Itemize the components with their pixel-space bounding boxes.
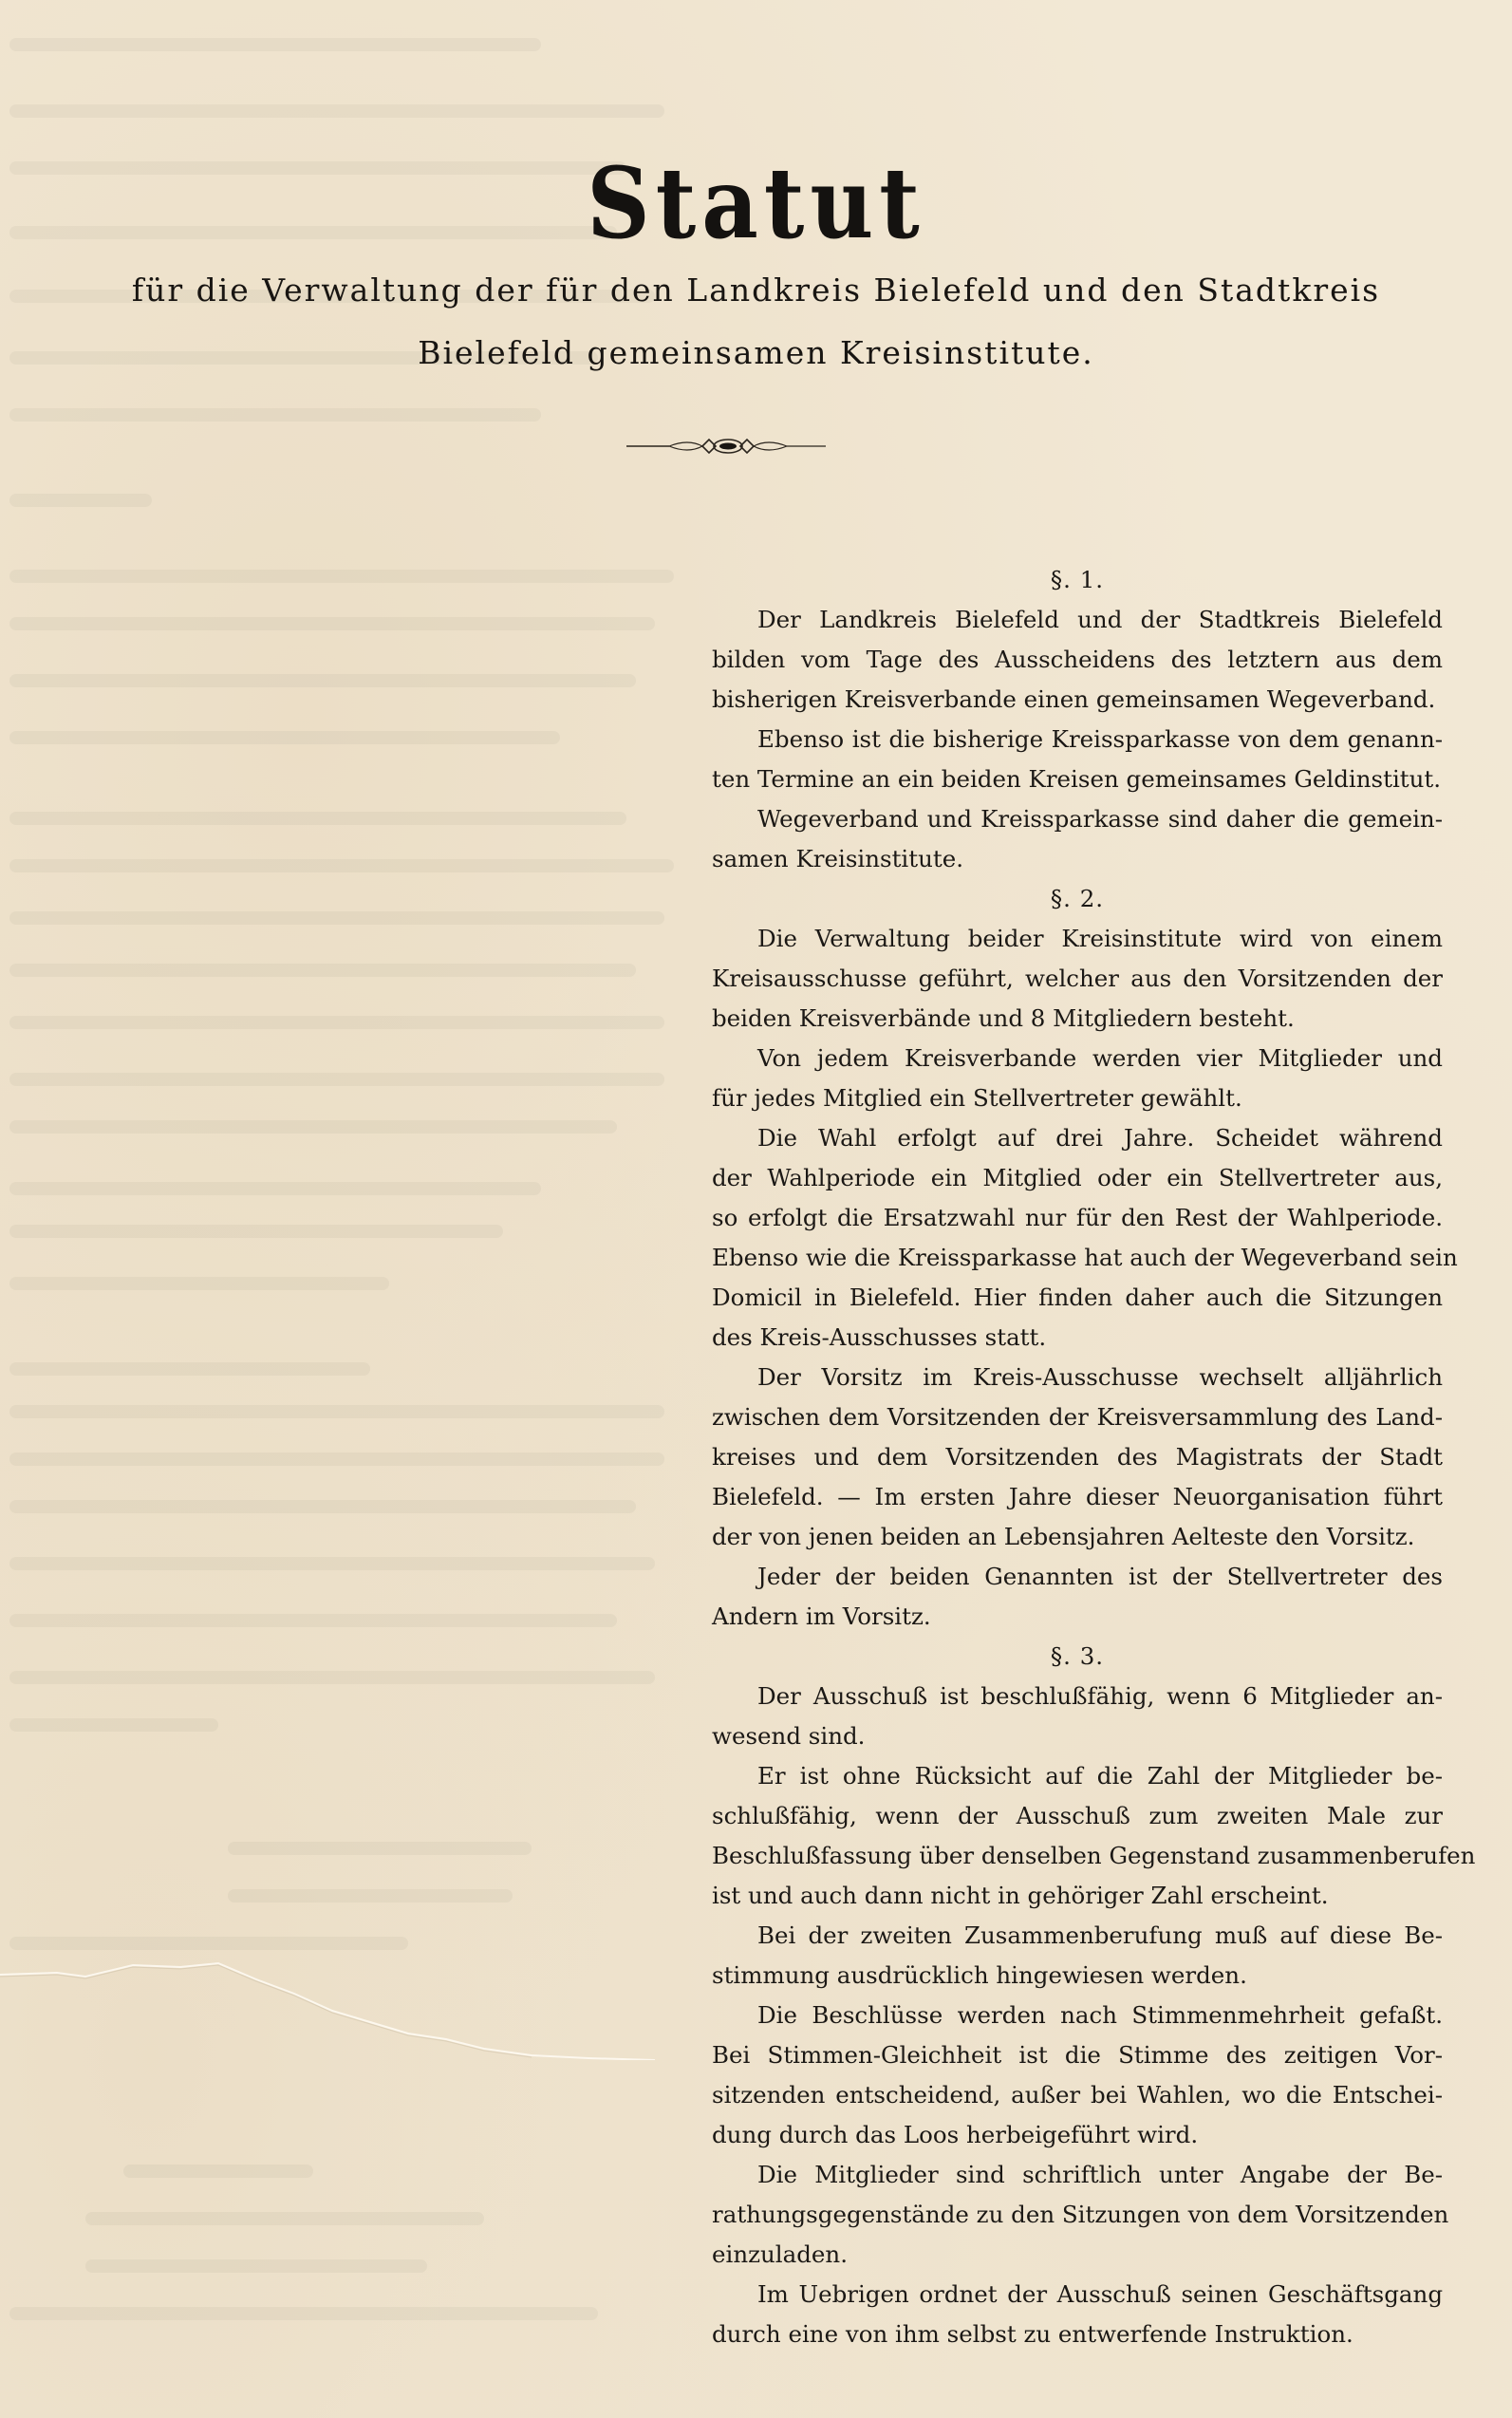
text-line: Der Ausschuß ist beschlußfähig, wenn 6 M…	[712, 1677, 1443, 1716]
text-line: Der Vorsitz im Kreis-Ausschusse wechselt…	[712, 1358, 1443, 1397]
bleed-through-line	[9, 1937, 408, 1950]
bleed-through-line	[9, 1453, 664, 1466]
bleed-through-line	[9, 1073, 664, 1086]
text-line: Die Beschlüsse werden nach Stimmenmehrhe…	[712, 1996, 1443, 2035]
bleed-through-line	[9, 812, 626, 825]
section-paragraph: Der Vorsitz im Kreis-Ausschusse wechselt…	[712, 1358, 1443, 1557]
section-paragraph: Der Landkreis Bielefeld und der Stadtkre…	[712, 600, 1443, 720]
document-title: Statut	[0, 154, 1512, 252]
bleed-through-line	[9, 911, 664, 925]
text-line: so erfolgt die Ersatzwahl nur für den Re…	[712, 1198, 1443, 1238]
bleed-through-line	[9, 1671, 655, 1684]
bleed-through-line	[9, 1362, 370, 1376]
bleed-through-line	[9, 2307, 598, 2320]
text-line: für jedes Mitglied ein Stellvertreter ge…	[712, 1078, 1443, 1118]
text-line: Bei Stimmen-Gleichheit ist die Stimme de…	[712, 2035, 1443, 2075]
text-line: einzuladen.	[712, 2235, 1443, 2275]
text-line: Ebenso wie die Kreissparkasse hat auch d…	[712, 1238, 1443, 1278]
text-line: Wegeverband und Kreissparkasse sind dahe…	[712, 799, 1443, 839]
text-line: sitzenden entscheidend, außer bei Wahlen…	[712, 2075, 1443, 2115]
document-subtitle-line-2: Bielefeld gemeinsamen Kreisinstitute.	[0, 337, 1512, 368]
text-line: durch eine von ihm selbst zu entwerfende…	[712, 2315, 1443, 2354]
bleed-through-line	[9, 674, 636, 687]
section-paragraph: Er ist ohne Rücksicht auf die Zahl der M…	[712, 1756, 1443, 1916]
bleed-through-line	[9, 1500, 636, 1513]
text-line: Der Landkreis Bielefeld und der Stadtkre…	[712, 600, 1443, 640]
bleed-through-line	[9, 1557, 655, 1570]
statute-body: §. 1.Der Landkreis Bielefeld und der Sta…	[712, 560, 1443, 2354]
section-paragraph: Jeder der beiden Genannten ist der Stell…	[712, 1557, 1443, 1637]
text-line: Von jedem Kreisverbande werden vier Mitg…	[712, 1039, 1443, 1078]
bleed-through-line	[85, 2212, 484, 2225]
text-line: zwischen dem Vorsitzenden der Kreisversa…	[712, 1397, 1443, 1437]
text-line: kreises und dem Vorsitzenden des Magistr…	[712, 1437, 1443, 1477]
bleed-through-line	[9, 38, 541, 51]
bleed-through-line	[9, 570, 674, 583]
ornament-divider-icon	[607, 429, 826, 463]
bleed-through-line	[9, 859, 674, 872]
document-subtitle-line-1: für die Verwaltung der für den Landkreis…	[0, 274, 1512, 306]
paper-crease	[0, 1927, 683, 2060]
section-paragraph: Im Uebrigen ordnet der Ausschuß seinen G…	[712, 2275, 1443, 2354]
bleed-through-line	[85, 2259, 427, 2273]
text-line: Jeder der beiden Genannten ist der Stell…	[712, 1557, 1443, 1597]
bleed-through-line	[9, 1718, 218, 1732]
text-line: Bei der zweiten Zusammenberufung muß auf…	[712, 1916, 1443, 1956]
text-line: stimmung ausdrücklich hingewiesen werden…	[712, 1956, 1443, 1996]
section-paragraph: Wegeverband und Kreissparkasse sind dahe…	[712, 799, 1443, 879]
text-line: schlußfähig, wenn der Ausschuß zum zweit…	[712, 1796, 1443, 1836]
text-line: ist und auch dann nicht in gehöriger Zah…	[712, 1876, 1443, 1916]
bleed-through-line	[123, 2165, 313, 2178]
bleed-through-line	[9, 1016, 664, 1029]
text-line: dung durch das Loos herbeigeführt wird.	[712, 2115, 1443, 2155]
text-line: der Wahlperiode ein Mitglied oder ein St…	[712, 1158, 1443, 1198]
text-line: beiden Kreisverbände und 8 Mitgliedern b…	[712, 999, 1443, 1039]
bleed-through-line	[9, 1225, 503, 1238]
section-paragraph: Ebenso ist die bisherige Kreissparkasse …	[712, 720, 1443, 799]
text-line: Die Mitglieder sind schriftlich unter An…	[712, 2155, 1443, 2195]
text-line: Die Wahl erfolgt auf drei Jahre. Scheide…	[712, 1118, 1443, 1158]
text-line: Beschlußfassung über denselben Gegenstan…	[712, 1836, 1443, 1876]
section-paragraph: Bei der zweiten Zusammenberufung muß auf…	[712, 1916, 1443, 1996]
text-line: Ebenso ist die bisherige Kreissparkasse …	[712, 720, 1443, 759]
bleed-through-line	[9, 408, 541, 422]
text-line: bilden vom Tage des Ausscheidens des let…	[712, 640, 1443, 680]
text-line: Domicil in Bielefeld. Hier finden daher …	[712, 1278, 1443, 1318]
text-line: wesend sind.	[712, 1716, 1443, 1756]
bleed-through-line	[9, 1277, 389, 1290]
text-line: bisherigen Kreisverbande einen gemeinsam…	[712, 680, 1443, 720]
text-line: Bielefeld. — Im ersten Jahre dieser Neuo…	[712, 1477, 1443, 1517]
bleed-through-line	[9, 1405, 664, 1418]
bleed-through-line	[9, 1182, 541, 1195]
section-paragraph: Die Wahl erfolgt auf drei Jahre. Scheide…	[712, 1118, 1443, 1358]
bleed-through-line	[228, 1842, 532, 1855]
bleed-through-line	[9, 494, 152, 507]
section-paragraph: Die Mitglieder sind schriftlich unter An…	[712, 2155, 1443, 2275]
text-line: Er ist ohne Rücksicht auf die Zahl der M…	[712, 1756, 1443, 1796]
text-line: der von jenen beiden an Lebensjahren Ael…	[712, 1517, 1443, 1557]
section-paragraph: Die Beschlüsse werden nach Stimmenmehrhe…	[712, 1996, 1443, 2155]
section-paragraph: Der Ausschuß ist beschlußfähig, wenn 6 M…	[712, 1677, 1443, 1756]
section-paragraph: Von jedem Kreisverbande werden vier Mitg…	[712, 1039, 1443, 1118]
bleed-through-line	[9, 964, 636, 977]
bleed-through-line	[9, 1120, 617, 1134]
bleed-through-line	[9, 731, 560, 744]
text-line: Andern im Vorsitz.	[712, 1597, 1443, 1637]
section-paragraph: Die Verwaltung beider Kreisinstitute wir…	[712, 919, 1443, 1039]
text-line: Die Verwaltung beider Kreisinstitute wir…	[712, 919, 1443, 959]
text-line: Im Uebrigen ordnet der Ausschuß seinen G…	[712, 2275, 1443, 2315]
bleed-through-line	[9, 104, 664, 118]
bleed-through-line	[9, 1614, 617, 1627]
bleed-through-line	[228, 1889, 513, 1903]
text-line: des Kreis-Ausschusses statt.	[712, 1318, 1443, 1358]
text-line: rathungsgegenstände zu den Sitzungen von…	[712, 2195, 1443, 2235]
section-heading: §. 3.	[712, 1637, 1443, 1677]
text-line: samen Kreisinstitute.	[712, 839, 1443, 879]
section-heading: §. 1.	[712, 560, 1443, 600]
text-line: Kreisausschusse geführt, welcher aus den…	[712, 959, 1443, 999]
text-line: ten Termine an ein beiden Kreisen gemein…	[712, 759, 1443, 799]
section-heading: §. 2.	[712, 879, 1443, 919]
bleed-through-line	[9, 617, 655, 630]
